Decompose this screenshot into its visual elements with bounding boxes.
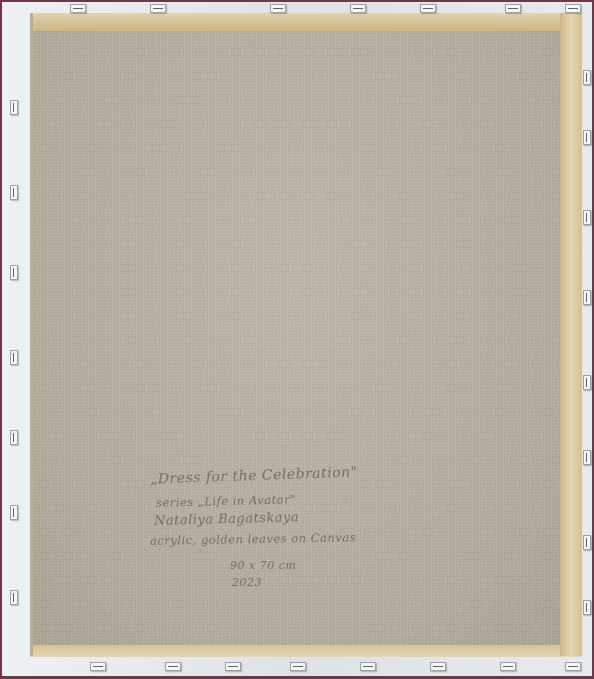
staple-icon — [165, 662, 181, 671]
staple-icon — [10, 505, 18, 520]
staple-icon — [10, 265, 18, 280]
staple-icon — [565, 4, 581, 13]
staple-icon — [583, 210, 591, 225]
staple-icon — [420, 4, 436, 13]
staple-icon — [10, 185, 18, 200]
staple-icon — [90, 662, 106, 671]
staple-icon — [290, 662, 306, 671]
stretcher-bar-top — [30, 13, 582, 31]
staple-icon — [10, 100, 18, 115]
staple-icon — [583, 535, 591, 550]
stretcher-bar-right — [560, 13, 582, 656]
staple-icon — [150, 4, 166, 13]
staple-icon — [583, 450, 591, 465]
staple-icon — [225, 662, 241, 671]
staple-icon — [583, 600, 591, 615]
staple-icon — [10, 430, 18, 445]
staple-icon — [583, 290, 591, 305]
year: 2023 — [232, 576, 262, 589]
staple-icon — [10, 350, 18, 365]
canvas-back-photo: „Dress for the Celebration" series „Life… — [0, 0, 594, 679]
staple-icon — [430, 662, 446, 671]
staple-icon — [70, 4, 86, 13]
staple-icon — [565, 662, 581, 671]
staple-icon — [270, 4, 286, 13]
linen-texture — [33, 31, 560, 645]
stretcher-bar-bottom — [30, 645, 582, 657]
staple-icon — [583, 70, 591, 85]
staple-icon — [583, 375, 591, 390]
staple-icon — [583, 130, 591, 145]
staple-icon — [350, 4, 366, 13]
linen-back-panel — [33, 31, 560, 645]
staple-icon — [500, 662, 516, 671]
staple-icon — [10, 590, 18, 605]
dimensions: 90 x 70 cm — [230, 559, 296, 572]
staple-icon — [505, 4, 521, 13]
staple-icon — [360, 662, 376, 671]
